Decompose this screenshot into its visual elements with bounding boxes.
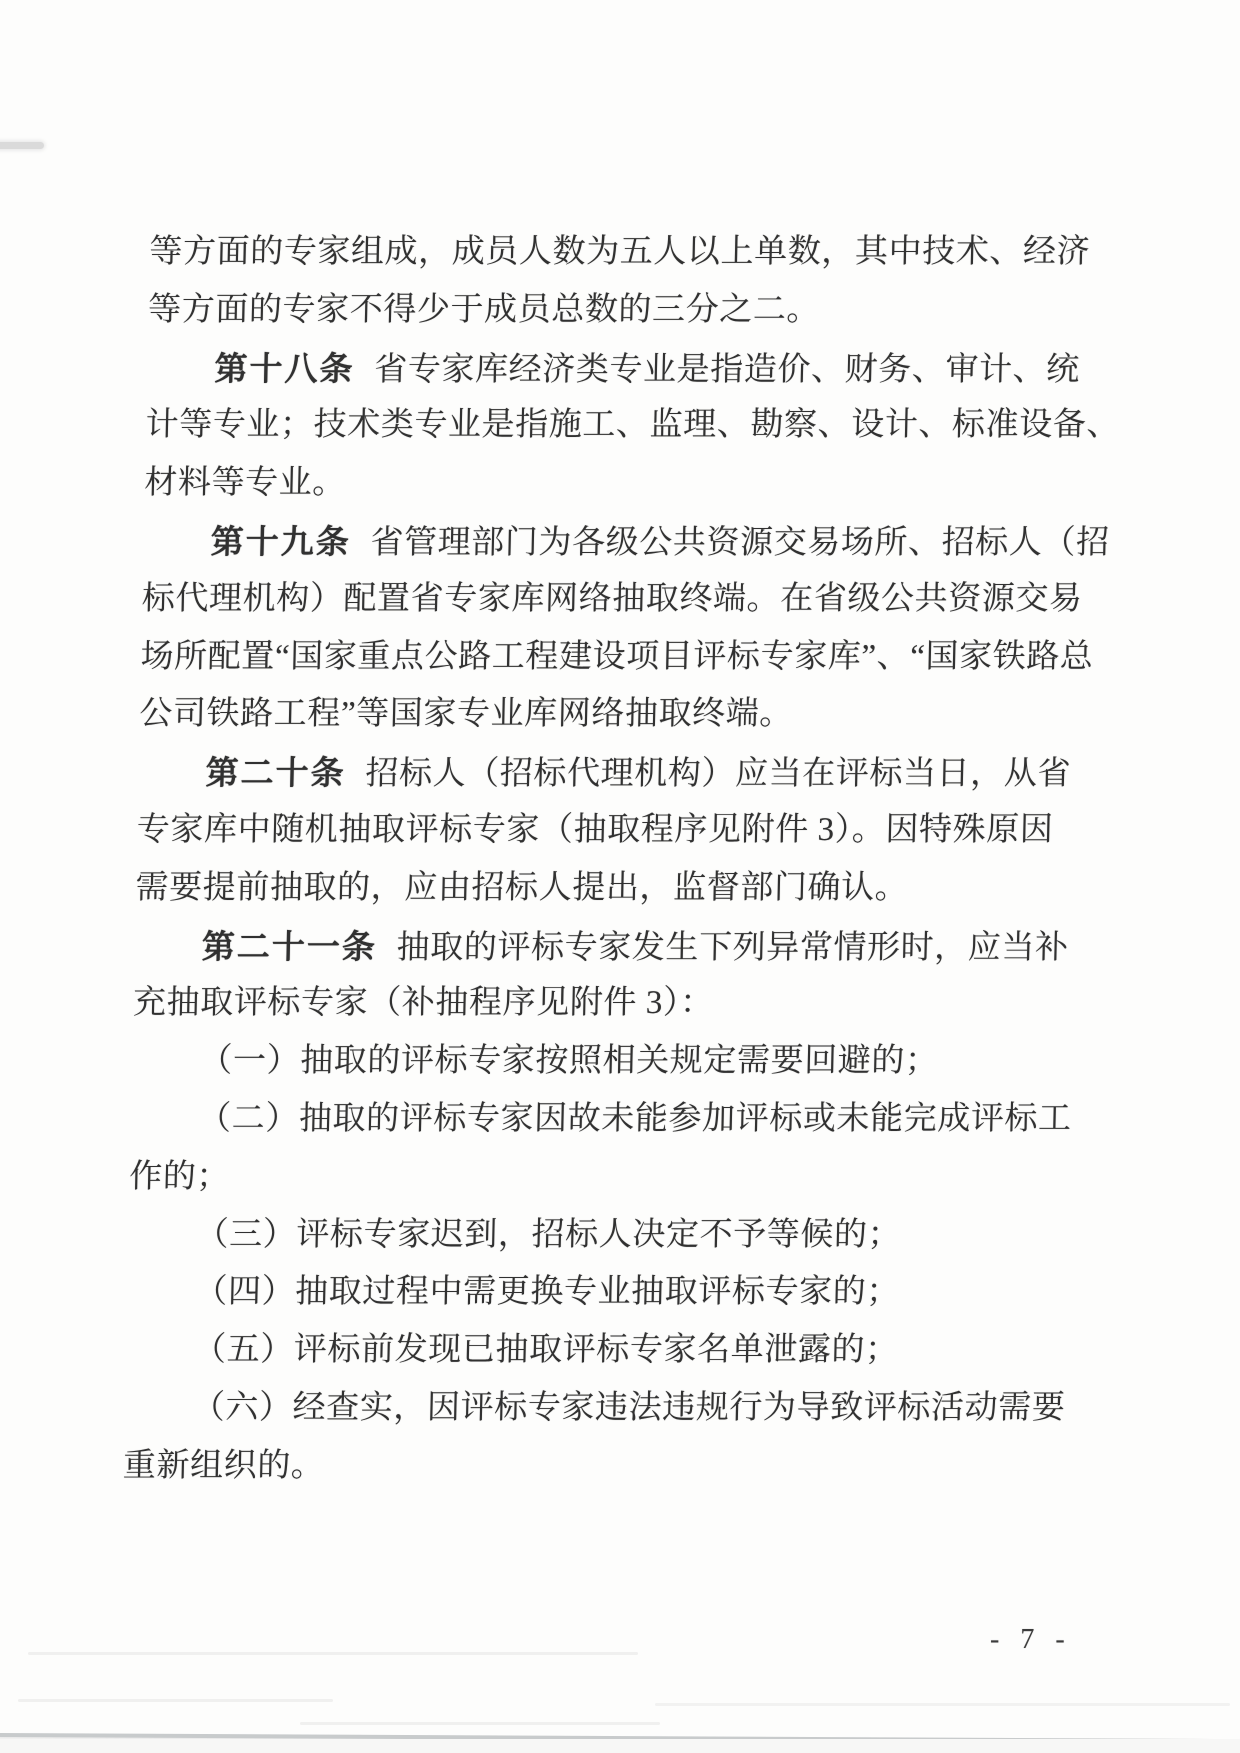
article-18-heading-line: 第十八条省专家库经济类专业是指造价、财务、审计、统 <box>146 340 1112 398</box>
text-line: 等方面的专家组成，成员人数为五人以上单数，其中技术、经济 <box>149 224 1115 282</box>
article-20-heading-line: 第二十条招标人（招标代理机构）应当在评标当日，从省 <box>137 744 1103 802</box>
scanned-document-page: 等方面的专家组成，成员人数为五人以上单数，其中技术、经济 等方面的专家不得少于成… <box>0 0 1240 1753</box>
list-item-2: （二）抽取的评标专家因故未能参加评标或未能完成评标工 <box>130 1091 1096 1149</box>
scan-streak-artifact <box>18 1699 333 1702</box>
article-number-bold: 第十九条 <box>210 523 351 560</box>
text-line: 作的； <box>129 1149 1095 1207</box>
text-line: 公司铁路工程”等国家专业库网络抽取终端。 <box>139 686 1105 744</box>
text-line: 等方面的专家不得少于成员总数的三分之二。 <box>147 282 1113 340</box>
document-body: 等方面的专家组成，成员人数为五人以上单数，其中技术、经济 等方面的专家不得少于成… <box>122 224 1115 1496</box>
article-number-bold: 第十八条 <box>214 350 355 387</box>
list-item-1: （一）抽取的评标专家按照相关规定需要回避的； <box>131 1033 1097 1091</box>
text-line: 场所配置“国家重点公路工程建设项目评标专家库”、“国家铁路总 <box>140 629 1106 687</box>
scan-streak-artifact <box>300 1722 660 1725</box>
text-line: 充抽取评标专家（补抽程序见附件 3）： <box>132 975 1098 1033</box>
list-item-5: （五）评标前发现已抽取评标专家名单泄露的； <box>125 1322 1091 1380</box>
list-item-4: （四）抽取过程中需更换专业抽取评标专家的； <box>126 1264 1092 1322</box>
article-19-heading-line: 第十九条省管理部门为各级公共资源交易场所、招标人（招 <box>142 513 1108 571</box>
text-line: 需要提前抽取的，应由招标人提出，监督部门确认。 <box>135 860 1101 918</box>
scan-smudge-artifact <box>0 142 44 149</box>
article-number-bold: 第二十条 <box>205 754 346 791</box>
article-21-heading-line: 第二十一条抽取的评标专家发生下列异常情形时，应当补 <box>134 918 1100 976</box>
page-number: - 7 - <box>990 1624 1110 1656</box>
article-number-bold: 第二十一条 <box>201 928 377 965</box>
scan-streak-artifact <box>28 1652 638 1655</box>
list-item-6: （六）经查实，因评标专家违法违规行为导致评标活动需要 <box>124 1380 1090 1438</box>
text-line: 标代理机构）配置省专家库网络抽取终端。在省级公共资源交易 <box>141 571 1107 629</box>
text-line: 材料等专业。 <box>144 455 1110 513</box>
text-line: 专家库中随机抽取评标专家（抽取程序见附件 3）。因特殊原因 <box>136 802 1102 860</box>
scan-background-below-page <box>0 1739 1240 1753</box>
list-item-3: （三）评标专家迟到，招标人决定不予等候的； <box>127 1207 1093 1265</box>
text-line: 计等专业；技术类专业是指施工、监理、勘察、设计、标准设备、 <box>145 397 1111 455</box>
text-line: 重新组织的。 <box>122 1438 1088 1496</box>
scan-streak-artifact <box>655 1703 1230 1706</box>
